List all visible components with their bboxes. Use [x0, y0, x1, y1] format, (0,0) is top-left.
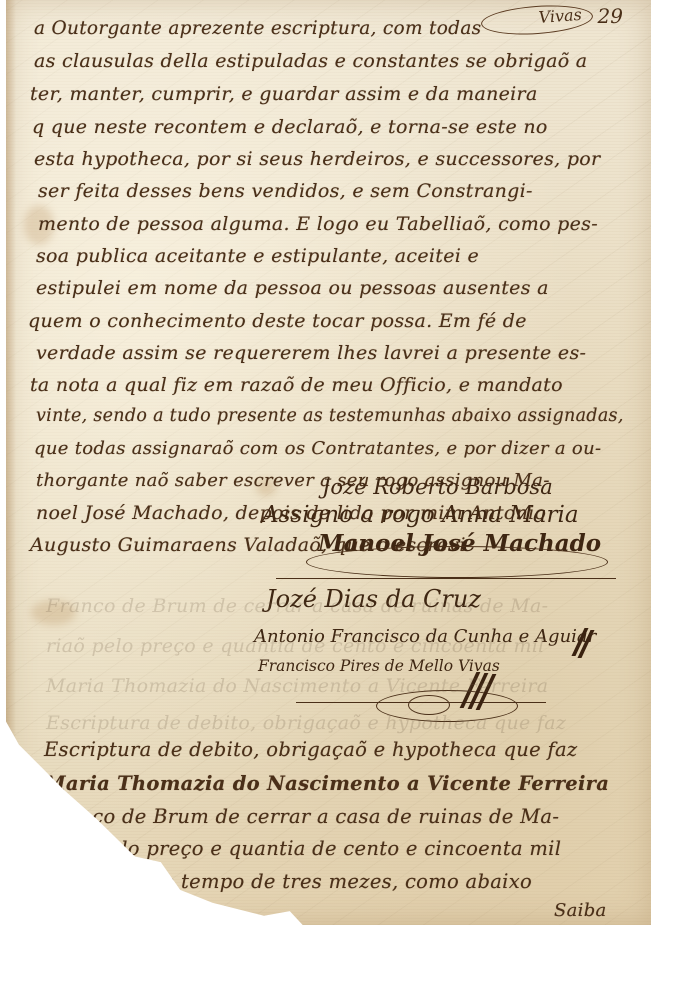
body-line: que todas assignaraõ com os Contratantes… — [34, 438, 601, 459]
deed-title-line: se declara — [106, 900, 203, 921]
catchword: Saiba — [554, 900, 607, 921]
signature: Francisco Pires de Mello Vivas — [258, 657, 500, 675]
body-line: mento de pessoa alguma. E logo eu Tabell… — [38, 213, 598, 235]
body-line: vinte, sendo a tudo presente as testemun… — [36, 406, 624, 426]
deed-title-line: riaõ pelo preço e quantia de cento e cin… — [50, 837, 561, 860]
bleed-line: Escriptura de debito, obrigaçaõ e hypoth… — [46, 712, 566, 734]
deed-title-line: Maria Thomazia do Nascimento a Vicente F… — [44, 772, 609, 795]
manuscript-page: Vivas 29 a Outorgante aprezente escriptu… — [6, 0, 651, 925]
body-line: quem o conhecimento deste tocar possa. E… — [28, 310, 527, 332]
body-line: esta hypotheca, por si seus herdeiros, e… — [34, 148, 600, 170]
body-line: a Outorgante aprezente escriptura, com t… — [34, 18, 481, 39]
margin-annotation: Vivas — [480, 2, 594, 38]
deed-title-line: Franco de Brum de cerrar a casa de ruina… — [44, 805, 559, 828]
body-line: soa publica aceitante e estipulante, ace… — [36, 245, 479, 267]
body-line: q que neste recontem e declaraõ, e torna… — [32, 116, 548, 138]
signature-rule — [296, 702, 546, 703]
bleed-line: Maria Thomazia do Nascimento a Vicente F… — [46, 675, 548, 697]
body-line: ta nota a qual fiz em razaõ de meu Offic… — [30, 374, 563, 396]
body-line: ser feita desses bens vendidos, e sem Co… — [38, 180, 533, 202]
bleed-line: Franco de Brum de cerrar a casa de ruina… — [46, 595, 548, 617]
signature-flourish — [306, 546, 608, 578]
deed-title-line: Escriptura de debito, obrigaçaõ e hypoth… — [44, 738, 577, 761]
deed-title-line: reis, pelo tempo de tres mezes, como aba… — [80, 870, 532, 893]
page-number: 29 — [598, 4, 623, 28]
body-line: verdade assim se requererem lhes lavrei … — [36, 342, 586, 364]
body-line: as clausulas della estipuladas e constan… — [34, 50, 587, 72]
signature-rule — [276, 578, 616, 579]
body-line: estipulei em nome da pessoa ou pessoas a… — [36, 277, 549, 299]
bleed-line: riaõ pelo preço e quantia de cento e cin… — [46, 635, 545, 657]
margin-annotation-text: Vivas — [538, 5, 582, 27]
signature: Jozé Roberto Barbosa — [322, 475, 553, 499]
body-line: ter, manter, cumprir, e guardar assim e … — [30, 83, 538, 105]
signature: Assigno a rogo Anna Maria — [262, 502, 579, 528]
